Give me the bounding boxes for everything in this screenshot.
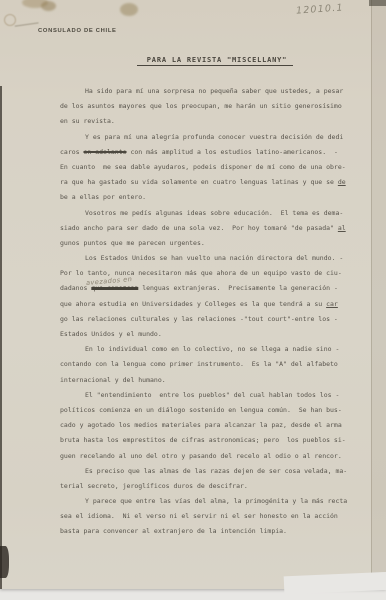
text-segment: Ha sido para mí una sorpresa no pequeña … xyxy=(85,87,343,95)
document-line: gunos puntos que me parecen urgentes. xyxy=(60,236,360,251)
document-line: guen recelando al uno del otro y pasando… xyxy=(60,449,360,464)
document-line: Y es para mí una alegría profunda conoce… xyxy=(60,130,360,145)
catalog-number: 12010.1 xyxy=(296,2,344,16)
text-segment: En cuanto me sea dable ayudaros, podeis … xyxy=(60,163,346,171)
document-line: cado y agotado los medios materiales par… xyxy=(60,418,360,433)
text-segment: internacional y del humano. xyxy=(60,376,166,384)
ring-stain xyxy=(4,14,16,26)
scan-edge-blob xyxy=(0,546,9,578)
document-line: En lo individual como en lo colectivo, n… xyxy=(60,342,360,357)
document-line: en su revista. xyxy=(60,114,360,129)
document-body: Ha sido para mí una sorpresa no pequeña … xyxy=(60,84,360,540)
document-line: Vosotros me pedís algunas ideas sobre ed… xyxy=(60,206,360,221)
document-line: que ahora estudia en Universidades y Col… xyxy=(60,297,360,312)
text-segment: con más amplitud a los estudios latino-a… xyxy=(127,148,338,156)
document-line: go las relaciones culturales y las relac… xyxy=(60,312,360,327)
document-line: terial secreto, jeroglíficos duros de de… xyxy=(60,479,360,494)
stain xyxy=(41,1,56,11)
document-line: caros en adelante con más amplitud a los… xyxy=(60,145,360,160)
text-segment: terial secreto, jeroglíficos duros de de… xyxy=(60,482,248,490)
document-line: contando con la lengua como primer instr… xyxy=(60,357,360,372)
text-segment: go las relaciones culturales y las relac… xyxy=(60,315,338,323)
document-line: políticos comienza en un diálogo sosteni… xyxy=(60,403,360,418)
text-segment: Estados Unidos y el mundo. xyxy=(60,330,162,338)
text-segment: lenguas extranjeras. Precisamente la gen… xyxy=(138,284,338,292)
text-segment-underline: car xyxy=(326,300,338,308)
text-segment: Es preciso que las almas de las razas de… xyxy=(85,467,347,475)
text-segment-strike: en adelante xyxy=(83,148,126,156)
document-line: Los Estados Unidos se han vuelto una nac… xyxy=(60,251,360,266)
pencil-scribble xyxy=(15,22,40,31)
text-segment-underline: de xyxy=(338,178,346,186)
page-title-text: PARA LA REVISTA "MISCELLANY" xyxy=(137,56,293,66)
document-line: sea el idioma. Ni el verso ni el servir … xyxy=(60,509,360,524)
text-segment: basta para convencer al extranjero de la… xyxy=(60,527,287,535)
text-segment: sea el idioma. Ni el verso ni el servir … xyxy=(60,512,338,520)
text-segment: en su revista. xyxy=(60,117,115,125)
text-segment: siado ancho para ser dado de una sola ve… xyxy=(60,224,338,232)
document-line: Y parece que entre las vías del alma, la… xyxy=(60,494,360,509)
document-line: internacional y del humano. xyxy=(60,373,360,388)
stain xyxy=(120,3,138,16)
text-segment: En lo individual como en lo colectivo, n… xyxy=(85,345,339,353)
scan-edge-mark xyxy=(369,0,386,6)
document-line: siado ancho para ser dado de una sola ve… xyxy=(60,221,360,236)
text-segment: de los asuntos mayores que los preocupan… xyxy=(60,102,342,110)
text-segment: Y es para mí una alegría profunda conoce… xyxy=(85,133,343,141)
text-segment: contando con la lengua como primer instr… xyxy=(60,360,338,368)
text-segment: cado y agotado los medios materiales par… xyxy=(60,421,342,429)
text-segment: Vosotros me pedís algunas ideas sobre ed… xyxy=(85,209,343,217)
text-segment: que ahora estudia en Universidades y Col… xyxy=(60,300,326,308)
document-line: basta para convencer al extranjero de la… xyxy=(60,524,360,539)
text-segment: Los Estados Unidos se han vuelto una nac… xyxy=(85,254,343,262)
document-line: de los asuntos mayores que los preocupan… xyxy=(60,99,360,114)
text-segment: Y parece que entre las vías del alma, la… xyxy=(85,497,347,505)
document-line: dadanos que conozcan lenguas extranjeras… xyxy=(60,281,360,296)
text-segment-underline: al xyxy=(338,224,346,232)
letterhead: CONSULADO DE CHILE xyxy=(38,28,117,34)
text-segment: be a ellas por entero. xyxy=(60,193,146,201)
text-segment: caros xyxy=(60,148,83,156)
paper-sheet: CONSULADO DE CHILE 12010.1 PARA LA REVIS… xyxy=(0,0,386,589)
paper-corner-cut xyxy=(284,572,386,595)
document-line: Estados Unidos y el mundo. xyxy=(60,327,360,342)
document-line: Es preciso que las almas de las razas de… xyxy=(60,464,360,479)
text-segment: ra que ha gastado su vida solamente en c… xyxy=(60,178,338,186)
document-line: be a ellas por entero. xyxy=(60,190,360,205)
document-line: En cuanto me sea dable ayudaros, podeis … xyxy=(60,160,360,175)
text-segment: bruta hasta los emprestitos de cifras as… xyxy=(60,436,346,444)
text-segment: gunos puntos que me parecen urgentes. xyxy=(60,239,205,247)
paper-fold-shade xyxy=(371,0,386,589)
page-title: PARA LA REVISTA "MISCELLANY" xyxy=(0,56,386,66)
document-line: El "entendimiento entre los pueblos" del… xyxy=(60,388,360,403)
text-segment: El "entendimiento entre los pueblos" del… xyxy=(85,391,339,399)
document-line: ra que ha gastado su vida solamente en c… xyxy=(60,175,360,190)
document-line: bruta hasta los emprestitos de cifras as… xyxy=(60,433,360,448)
text-segment: guen recelando al uno del otro y pasando… xyxy=(60,452,342,460)
scan-backdrop: { "page": { "letterhead": "CONSULADO DE … xyxy=(0,0,386,600)
scan-edge-shadow xyxy=(0,86,2,589)
document-line: Ha sido para mí una sorpresa no pequeña … xyxy=(60,84,360,99)
text-segment: políticos comienza en un diálogo sosteni… xyxy=(60,406,342,414)
